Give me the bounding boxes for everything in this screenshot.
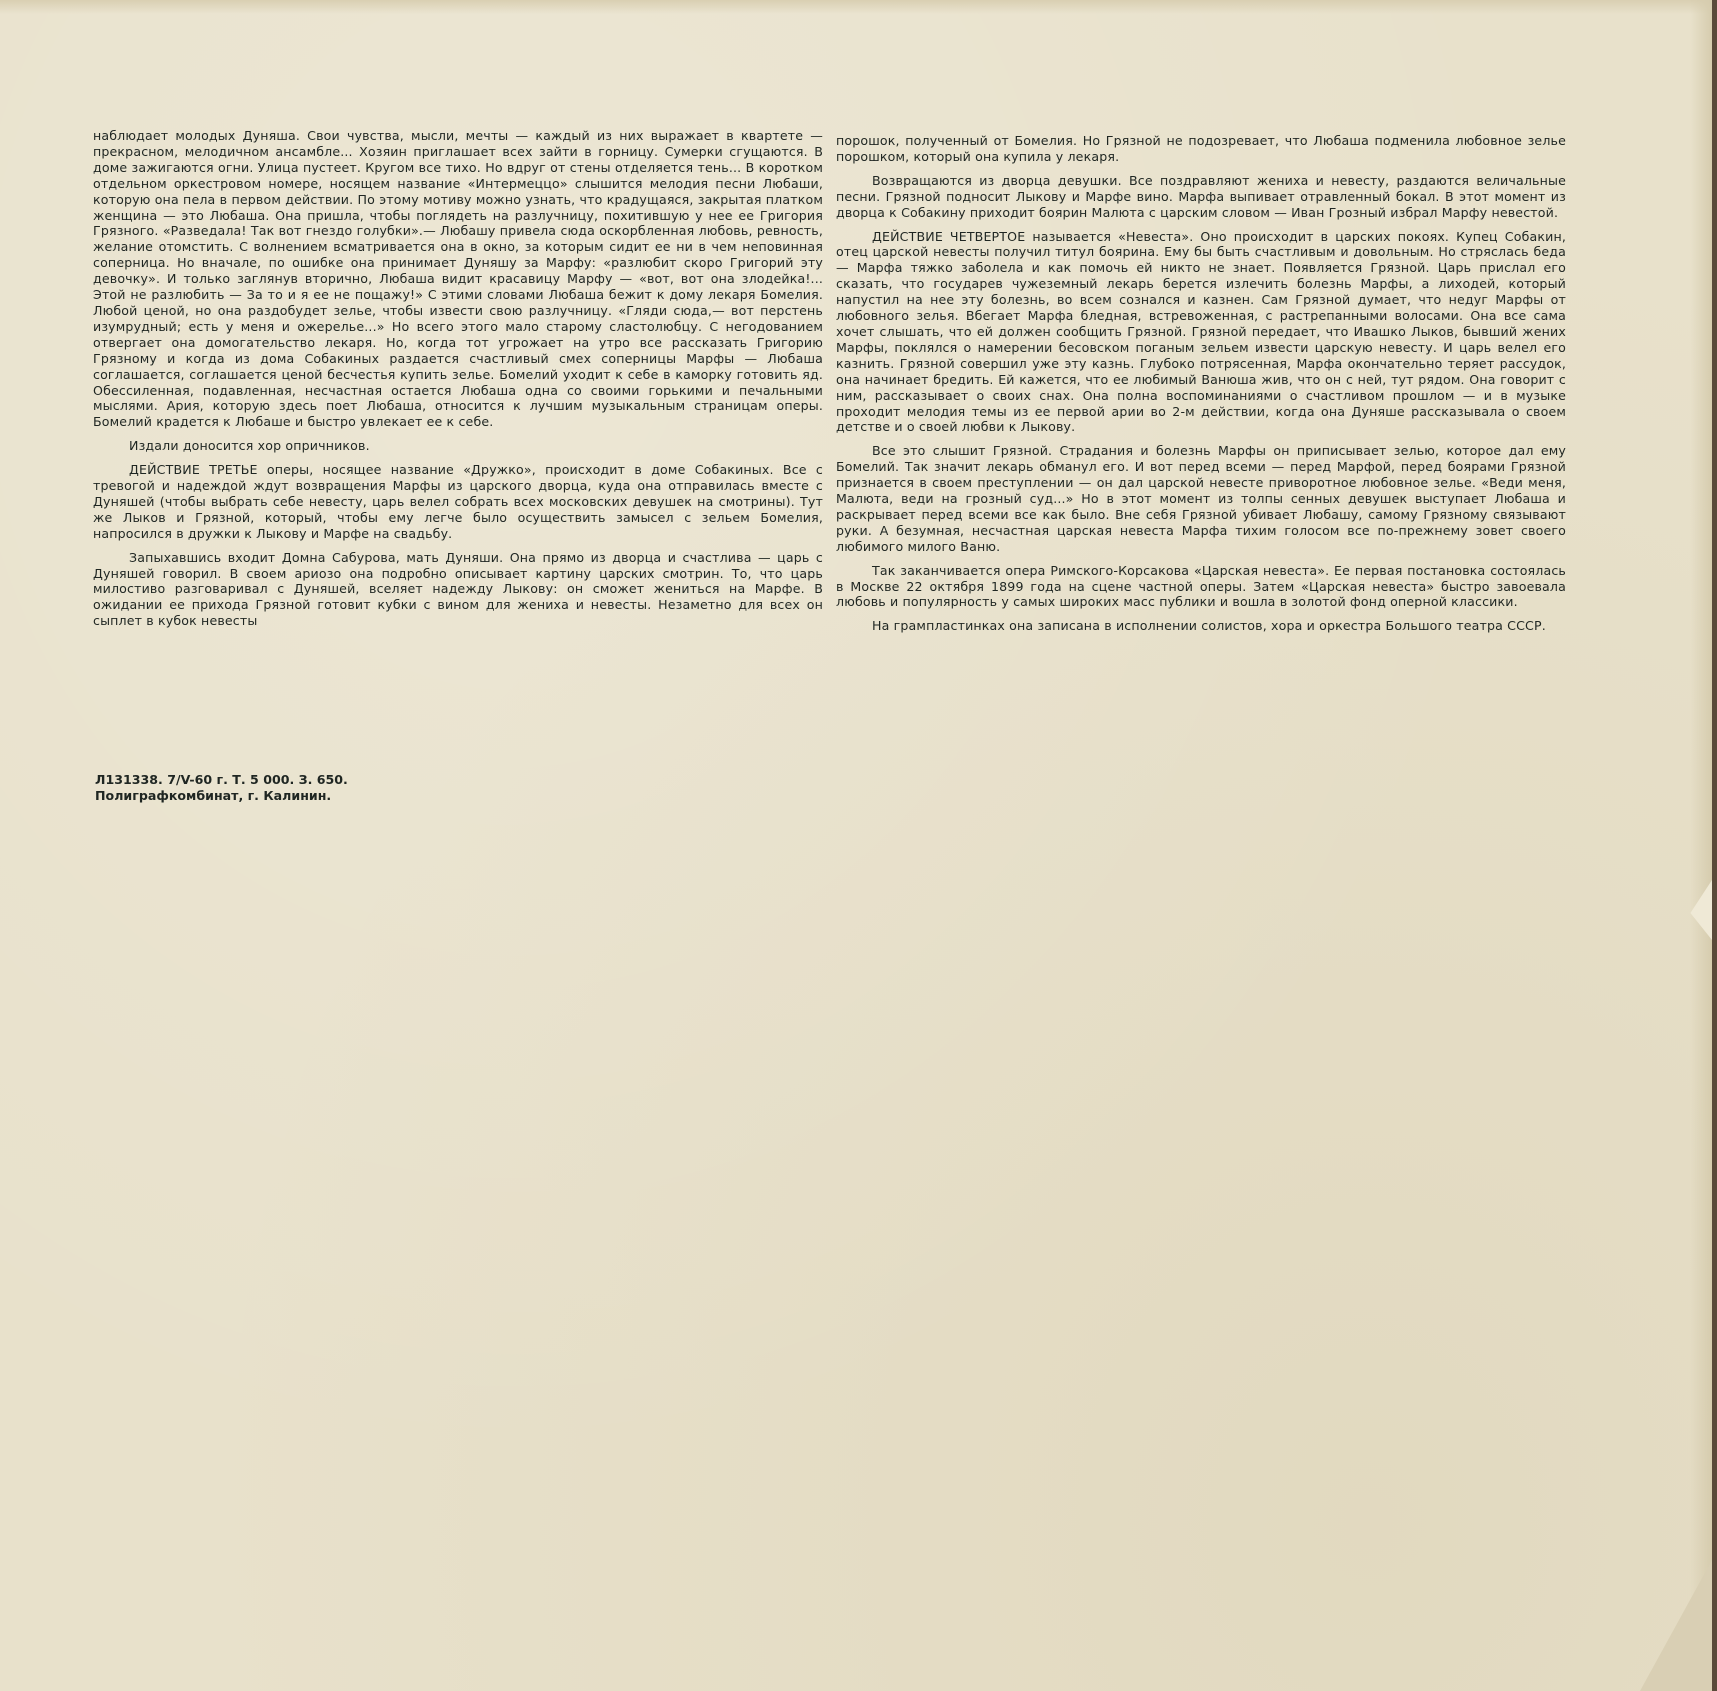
paper-edge-right	[1690, 0, 1712, 1691]
act-three-paragraph: ДЕЙСТВИЕ ТРЕТЬЕ оперы, носящее название …	[93, 462, 823, 542]
paragraph: порошок, полученный от Бомелия. Но Грязн…	[836, 133, 1566, 165]
paragraph: Издали доносится хор опричников.	[93, 438, 823, 454]
imprint-code: Л131338. 7/V-60 г. Т. 5 000. З. 650.	[95, 772, 348, 788]
paragraph: Так заканчивается опера Римского-Корсако…	[836, 563, 1566, 611]
text-column-left: наблюдает молодых Дуняша. Свои чувства, …	[93, 128, 823, 637]
text-column-right: порошок, полученный от Бомелия. Но Грязн…	[836, 133, 1566, 642]
recording-credits: На грампластинках она записана в исполне…	[836, 618, 1566, 634]
paper-edge-top	[0, 0, 1712, 14]
paragraph: Все это слышит Грязной. Страдания и боле…	[836, 443, 1566, 554]
printer-imprint: Л131338. 7/V-60 г. Т. 5 000. З. 650. Пол…	[95, 772, 348, 804]
paragraph: наблюдает молодых Дуняша. Свои чувства, …	[93, 128, 823, 430]
paragraph: Возвращаются из дворца девушки. Все позд…	[836, 173, 1566, 221]
paragraph: Запыхавшись входит Домна Сабурова, мать …	[93, 550, 823, 630]
act-four-paragraph: ДЕЙСТВИЕ ЧЕТВЕРТОЕ называется «Невеста».…	[836, 229, 1566, 436]
album-back-cover: наблюдает молодых Дуняша. Свои чувства, …	[0, 0, 1712, 1691]
imprint-printer: Полиграфкомбинат, г. Калинин.	[95, 788, 348, 804]
